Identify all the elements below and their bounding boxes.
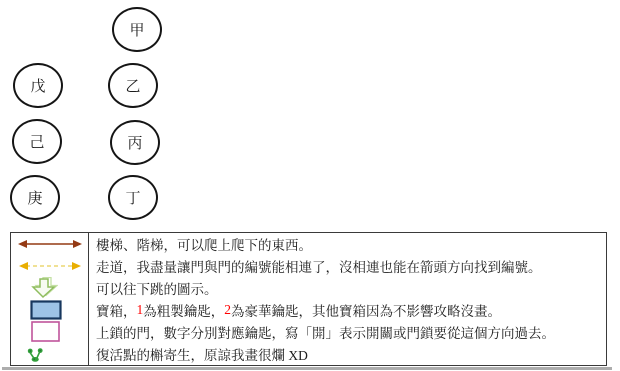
legend-row-walkway-symbol xyxy=(11,255,88,277)
node-label-geng: 庚 xyxy=(27,187,42,208)
legend-table: 樓梯、階梯，可以爬上爬下的東西。 走道，我盡量讓門與門的編號能相連了，沒相連也能… xyxy=(10,232,607,366)
key-number-1: 1 xyxy=(137,302,144,318)
legend-row-door-symbol xyxy=(11,321,88,343)
legend-text-chest: 寶箱，1 為粗製鑰匙，2 為豪華鑰匙，其他寶箱因為不影響攻略沒畫。 xyxy=(89,299,606,321)
chest-description-part3: 為豪華鑰匙，其他寶箱因為不影響攻略沒畫。 xyxy=(231,300,501,320)
mistletoe-icon xyxy=(27,347,44,362)
legend-row-stairs-symbol xyxy=(11,233,88,255)
legend-text-walkway: 走道，我盡量讓門與門的編號能相連了，沒相連也能在箭頭方向找到編號。 xyxy=(89,255,606,277)
node-circle-geng: 庚 xyxy=(10,175,60,220)
locked-door-icon xyxy=(31,321,61,343)
legend-row-mistletoe-symbol xyxy=(11,343,88,365)
treasure-chest-icon xyxy=(30,300,62,320)
door-description: 上鎖的門，數字分別對應鑰匙，寫「開」表示開關或門鎖要從這個方向過去。 xyxy=(96,322,555,342)
legend-row-chest-symbol xyxy=(11,299,88,321)
legend-symbol-column xyxy=(11,233,89,365)
node-label-yi: 乙 xyxy=(125,75,140,96)
node-circle-yi: 乙 xyxy=(108,63,158,108)
jump-down-arrow-icon xyxy=(30,277,58,299)
node-circle-wu: 戊 xyxy=(13,63,63,108)
walkway-dashed-arrow-icon xyxy=(17,260,83,272)
map-legend-canvas: 甲 戊 乙 己 丙 庚 丁 xyxy=(0,0,620,371)
stairs-double-arrow-icon xyxy=(17,238,83,250)
legend-text-stairs: 樓梯、階梯，可以爬上爬下的東西。 xyxy=(89,233,606,255)
jump-description: 可以往下跳的圖示。 xyxy=(96,278,218,298)
legend-text-jump: 可以往下跳的圖示。 xyxy=(89,277,606,299)
node-circle-ding: 丁 xyxy=(108,175,158,220)
node-circle-bing: 丙 xyxy=(110,120,160,165)
legend-text-door: 上鎖的門，數字分別對應鑰匙，寫「開」表示開關或門鎖要從這個方向過去。 xyxy=(89,321,606,343)
legend-text-column: 樓梯、階梯，可以爬上爬下的東西。 走道，我盡量讓門與門的編號能相連了，沒相連也能… xyxy=(89,233,606,365)
chest-description-part2: 為粗製鑰匙， xyxy=(143,300,224,320)
node-circle-jia: 甲 xyxy=(112,7,162,52)
node-label-ji: 己 xyxy=(29,131,44,152)
node-label-ding: 丁 xyxy=(125,187,140,208)
node-label-bing: 丙 xyxy=(127,132,142,153)
legend-row-jump-symbol xyxy=(11,277,88,299)
node-circle-ji: 己 xyxy=(12,119,62,164)
legend-text-mistletoe: 復活點的槲寄生，原諒我畫很爛 XD xyxy=(89,343,606,365)
stairs-description: 樓梯、階梯，可以爬上爬下的東西。 xyxy=(96,234,312,254)
key-number-2: 2 xyxy=(224,302,231,318)
node-label-jia: 甲 xyxy=(129,19,144,40)
walkway-description: 走道，我盡量讓門與門的編號能相連了，沒相連也能在箭頭方向找到編號。 xyxy=(96,256,542,276)
mistletoe-description: 復活點的槲寄生，原諒我畫很爛 XD xyxy=(96,344,308,364)
canvas-bottom-edge xyxy=(2,367,612,370)
node-label-wu: 戊 xyxy=(30,75,45,96)
chest-description-part1: 寶箱， xyxy=(96,300,137,320)
